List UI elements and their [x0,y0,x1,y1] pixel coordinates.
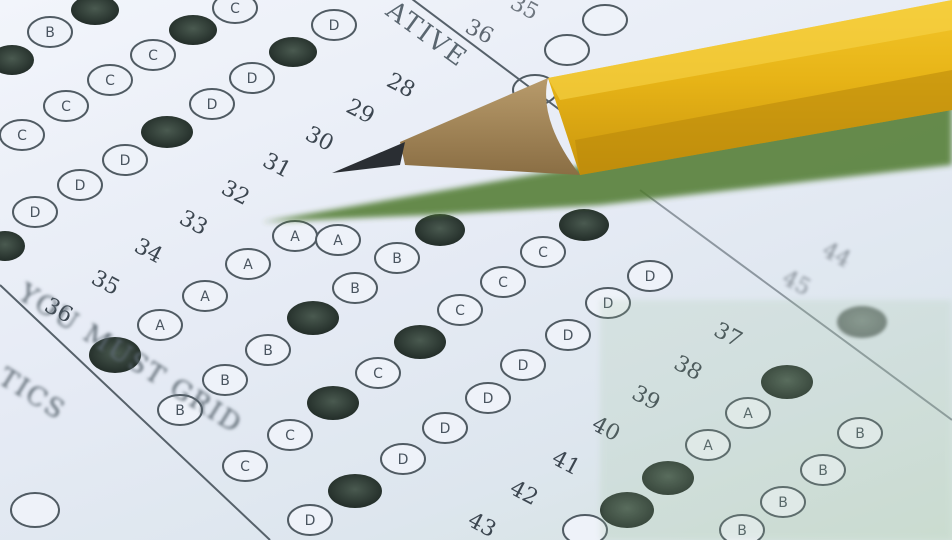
svg-text:D: D [645,269,656,285]
q28: 28 [382,68,418,103]
svg-text:C: C [538,245,548,261]
svg-text:B: B [392,251,402,267]
svg-text:A: A [243,257,253,273]
svg-text:C: C [285,428,295,444]
svg-text:44: 44 [818,238,854,273]
svg-text:B: B [350,281,360,297]
svg-text:C: C [455,303,465,319]
svg-text:D: D [305,513,316,529]
pencil-graphite-tip [332,142,405,173]
svg-text:B: B [263,343,273,359]
svg-text:C: C [230,1,240,17]
svg-text:35: 35 [506,0,542,26]
q33: 33 [175,206,211,241]
svg-text:D: D [30,205,41,221]
svg-text:A: A [200,289,210,305]
svg-text:D: D [120,153,131,169]
svg-text:D: D [329,18,340,34]
svg-text:D: D [398,452,409,468]
answer-sheet-illustration: B C C C C C D D D D D D A A A A B B B C … [0,0,952,540]
q32: 32 [217,176,253,211]
svg-text:D: D [483,391,494,407]
svg-text:A: A [290,229,300,245]
svg-text:A: A [155,318,165,334]
q42: 42 [506,476,542,511]
q31: 31 [258,148,294,183]
answer-sheet-photo: B C C C C C D D D D D D A A A A B B B C … [0,0,952,540]
svg-text:D: D [563,328,574,344]
svg-text:D: D [518,358,529,374]
svg-text:D: D [247,71,258,87]
q30: 30 [301,122,337,157]
svg-text:C: C [17,128,27,144]
svg-text:C: C [105,73,115,89]
q29: 29 [342,94,378,129]
q34: 34 [130,234,166,269]
svg-text:B: B [220,373,230,389]
svg-text:D: D [75,178,86,194]
svg-text:A: A [333,233,343,249]
svg-text:B: B [45,25,55,41]
header-text: ATIVE [379,0,472,74]
svg-text:C: C [148,48,158,64]
q43: 43 [464,508,500,540]
svg-text:D: D [440,421,451,437]
svg-text:C: C [373,366,383,382]
svg-text:D: D [207,97,218,113]
q41: 41 [548,446,584,481]
svg-text:C: C [240,459,250,475]
svg-text:C: C [498,275,508,291]
svg-text:TICS: TICS [0,362,71,426]
q35: 35 [87,266,123,301]
svg-text:C: C [61,99,71,115]
